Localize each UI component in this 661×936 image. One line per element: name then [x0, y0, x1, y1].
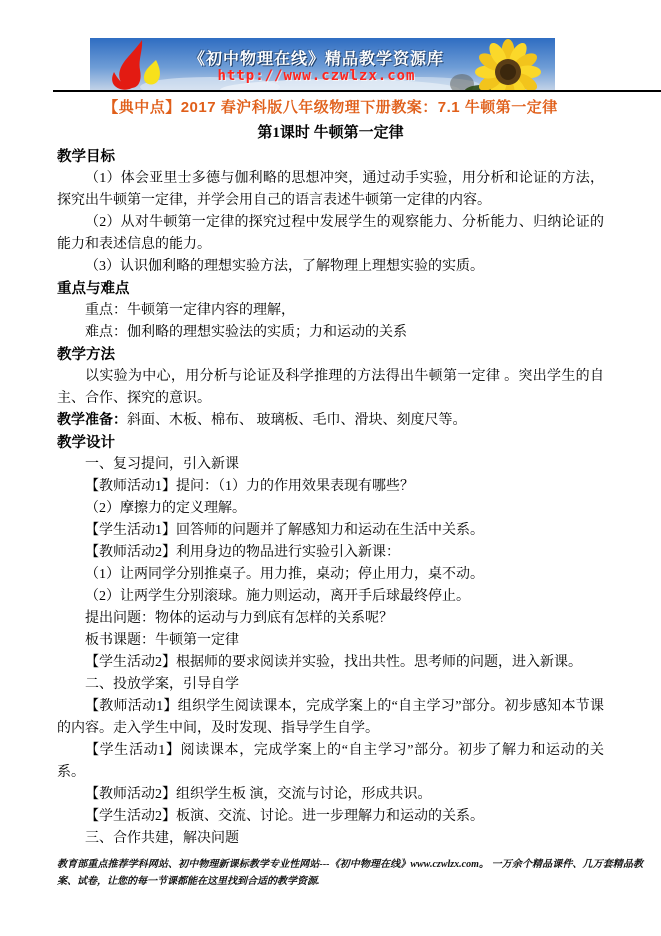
document-page: 《初中物理在线》精品教学资源库 http://www.czwlzx.com 【典… [0, 0, 661, 936]
body-paragraph: 难点：伽利略的理想实验法的实质；力和运动的关系 [57, 322, 604, 344]
body-paragraph: （3）认识伽利略的理想实验方法，了解物理上理想实验的实质。 [57, 256, 604, 278]
body-paragraph: 【教师活动2】利用身边的物品进行实验引入新课： [57, 542, 604, 564]
body-paragraph: 【学生活动2】板演、交流、讨论。进一步理解力和运动的关系。 [57, 806, 604, 828]
body-paragraph: 【教师活动2】组织学生板 演，交流与讨论，形成共识。 [57, 784, 604, 806]
body-paragraph: 板书课题：牛顿第一定律 [57, 630, 604, 652]
body-paragraph: 三、合作共建，解决问题 [57, 828, 604, 850]
body-paragraph: 【学生活动1】阅读课本，完成学案上的“自主学习”部分。初步了解力和运动的关系。 [57, 740, 604, 784]
banner-site-url-link[interactable]: http://www.czwlzx.com [170, 68, 463, 84]
materials-label: 教学准备： [57, 413, 127, 428]
body-paragraph: 【学生活动2】根据师的要求阅读并实验，找出共性。思考师的问题，进入新课。 [57, 652, 604, 674]
header-divider [53, 90, 661, 92]
body-paragraph: 提出问题：物体的运动与力到底有怎样的关系呢？ [57, 608, 604, 630]
footer-text: 教育部重点推荐学科网站、初中物理新课标教学专业性网站---《初中物理在线》www… [57, 859, 643, 887]
page-footer: 教育部重点推荐学科网站、初中物理新课标教学专业性网站---《初中物理在线》www… [57, 856, 643, 890]
site-banner: 《初中物理在线》精品教学资源库 http://www.czwlzx.com [90, 38, 555, 92]
section-heading-design: 教学设计 [57, 432, 604, 454]
body-paragraph: 一、复习提问，引入新课 [57, 454, 604, 476]
materials-line: 教学准备：斜面、木板、棉布、 玻璃板、毛巾、滑块、刻度尺等。 [57, 410, 604, 432]
body-paragraph: （1）体会亚里士多德与伽利略的思想冲突，通过动手实验，用分析和论证的方法，探究出… [57, 168, 604, 212]
body-paragraph: （1）让两同学分别推桌子。用力推，桌动；停止用力，桌不动。 [57, 564, 604, 586]
body-paragraph: （2）摩擦力的定义理解。 [57, 498, 604, 520]
section-heading-methods: 教学方法 [57, 344, 604, 366]
body-paragraph: 重点：牛顿第一定律内容的理解， [57, 300, 604, 322]
materials-text: 斜面、木板、棉布、 玻璃板、毛巾、滑块、刻度尺等。 [127, 413, 467, 428]
body-paragraph: （2）让两学生分别滚球。施力则运动，离开手后球最终停止。 [57, 586, 604, 608]
section-heading-key-points: 重点与难点 [57, 278, 604, 300]
body-paragraph: 以实验为中心，用分析与论证及科学推理的方法得出牛顿第一定律 。突出学生的自主、合… [57, 366, 604, 410]
banner-site-title: 《初中物理在线》精品教学资源库 [170, 46, 463, 69]
section-heading-objectives: 教学目标 [57, 146, 604, 168]
body-paragraph: （2）从对牛顿第一定律的探究过程中发展学生的观察能力、分析能力、归纳论证的能力和… [57, 212, 604, 256]
lesson-subtitle: 第1课时 牛顿第一定律 [57, 120, 604, 146]
document-title: 【典中点】2017 春沪科版八年级物理下册教案：7.1 牛顿第一定律 [57, 96, 604, 120]
document-content: 【典中点】2017 春沪科版八年级物理下册教案：7.1 牛顿第一定律 第1课时 … [57, 96, 604, 850]
body-paragraph: 【教师活动1】组织学生阅读课本，完成学案上的“自主学习”部分。初步感知本节课的内… [57, 696, 604, 740]
body-paragraph: 二、投放学案，引导自学 [57, 674, 604, 696]
body-paragraph: 【学生活动1】回答师的问题并了解感知力和运动在生活中关系。 [57, 520, 604, 542]
body-paragraph: 【教师活动1】提问：（1）力的作用效果表现有哪些？ [57, 476, 604, 498]
